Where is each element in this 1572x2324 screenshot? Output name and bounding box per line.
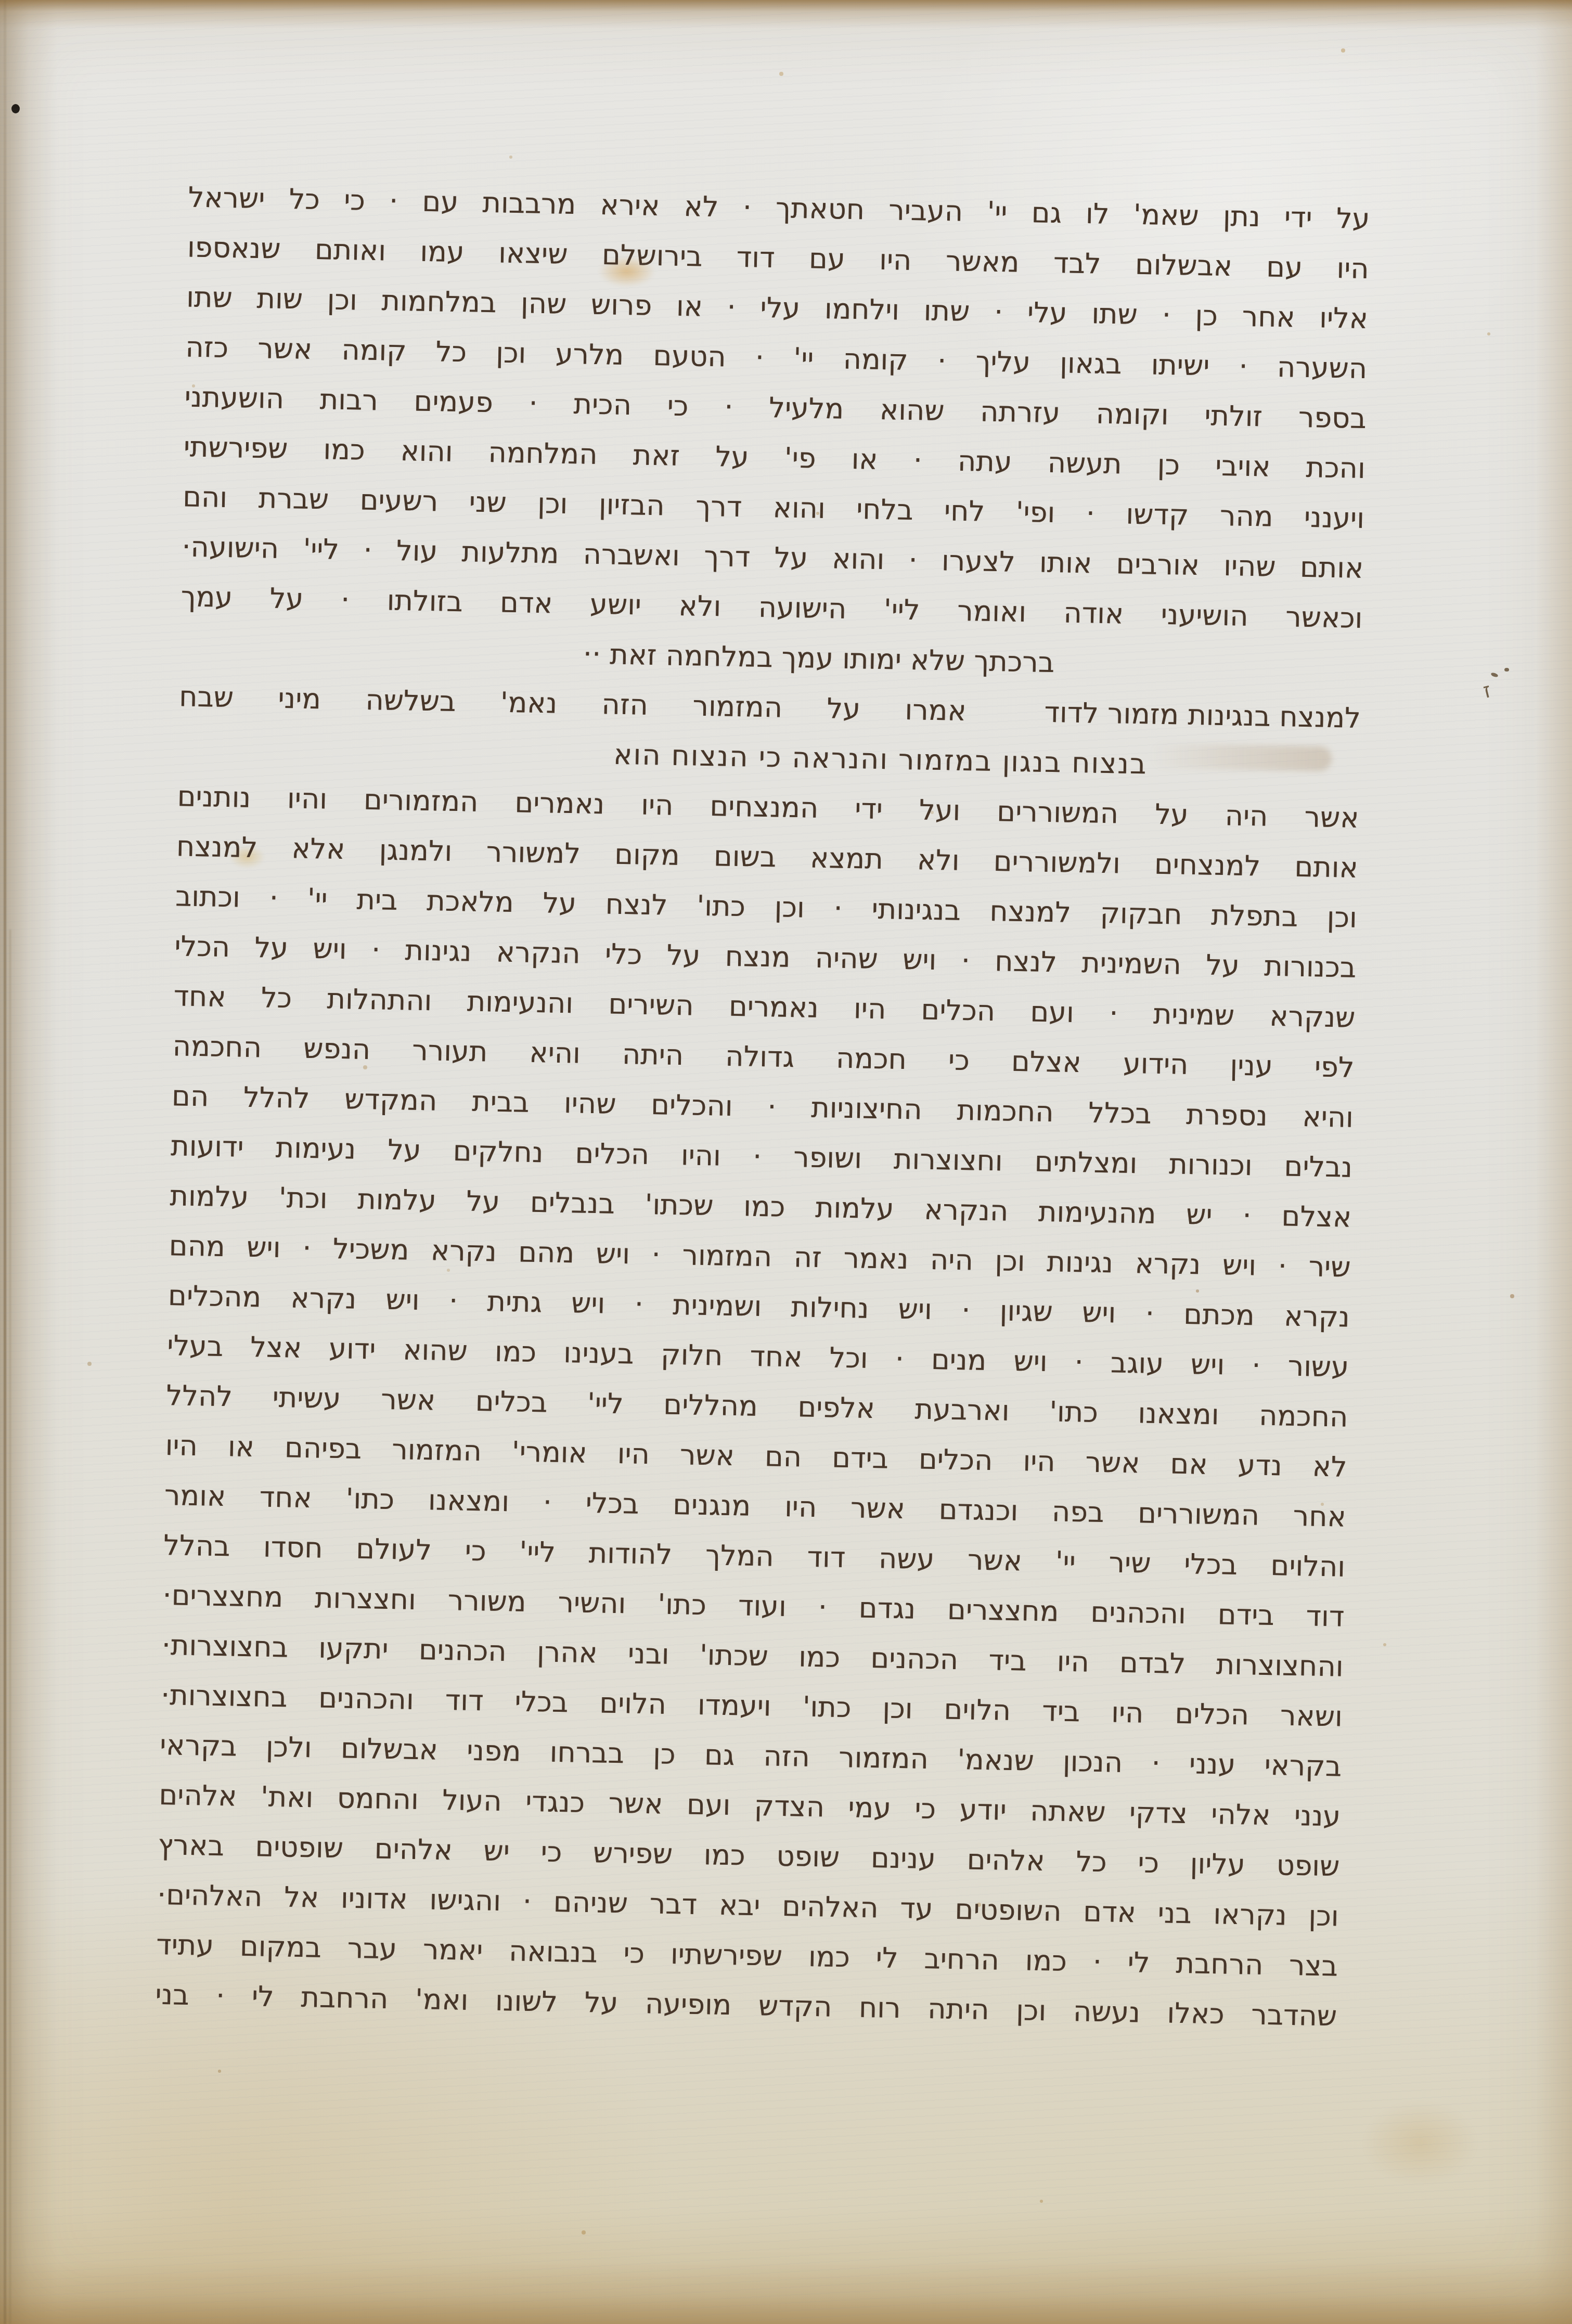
manuscript-page: ז על ידי נתן שאמ' לו גם יי' העביר חטאתך … [0, 0, 1572, 2324]
margin-mark-dot [1504, 668, 1509, 672]
foxing-specks [0, 0, 2, 2]
margin-mark-letter: ז [1481, 680, 1493, 702]
margin-mark-dot [1490, 672, 1499, 678]
incipit-text: למנצח בנגינות מזמור לדוד [1044, 688, 1361, 743]
page-fore-edge-shadow [9, 929, 11, 2324]
page-fore-edge [4, 0, 6, 2324]
incipit-gap [966, 686, 1045, 738]
stain [1363, 2101, 1477, 2185]
margin-mark: ז [1481, 667, 1528, 714]
text-block: על ידי נתן שאמ' לו גם יי' העביר חטאתך · … [155, 172, 1371, 2041]
ink-dot [11, 104, 20, 113]
